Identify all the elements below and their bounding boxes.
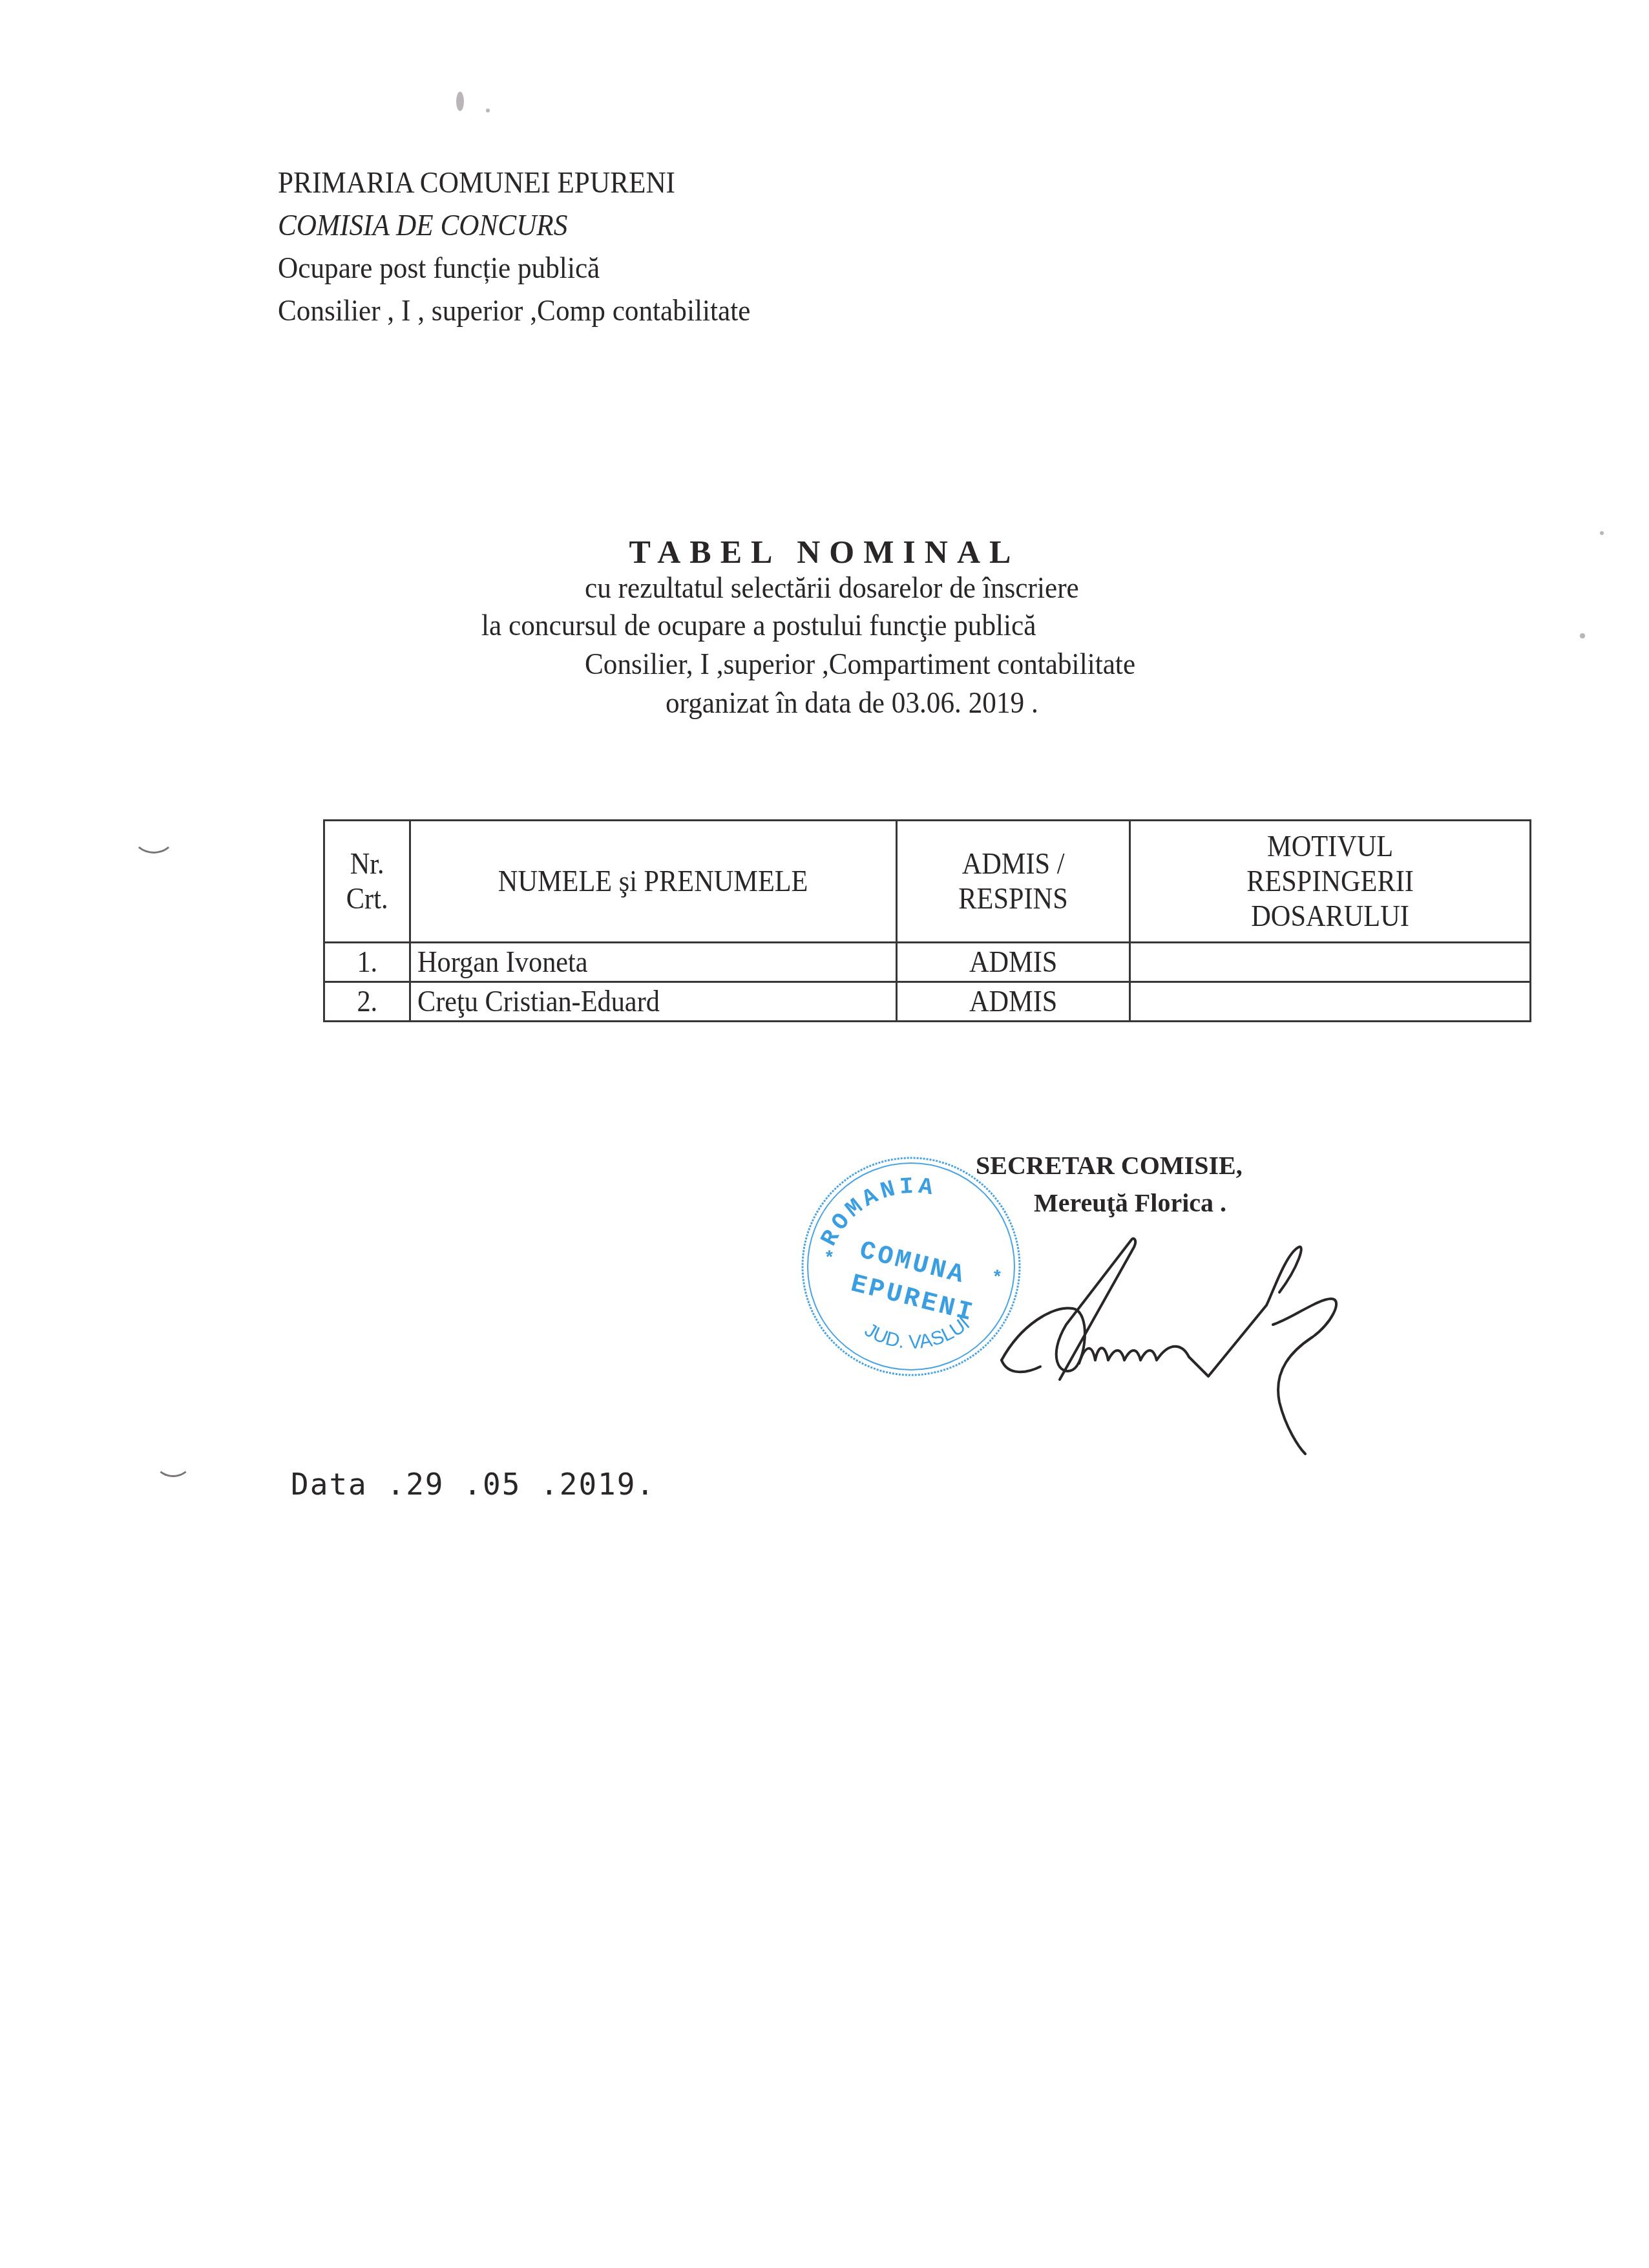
row-reason [1130,982,1531,1022]
commission-name: COMISIA DE CONCURS [278,204,750,247]
row-status: ADMIS [896,943,1129,982]
header-status: ADMIS / RESPINS [896,821,1129,943]
document-title: TABEL NOMINAL [0,533,1649,571]
row-name: Horgan Ivoneta [410,943,896,982]
scan-mark [486,109,490,112]
row-nr: 1. [324,943,410,982]
scan-mark [132,817,175,854]
svg-text:JUD. VASLUI: JUD. VASLUI [861,1313,974,1353]
svg-text:ROMANIA: ROMANIA [815,1173,938,1250]
document-date: Data .29 .05 .2019. [291,1467,655,1502]
subtitle-line-3: Consilier, I ,superior ,Compartiment con… [585,646,1135,682]
position-line: Consilier , I , superior ,Comp contabili… [278,289,750,332]
table-row: 1. Horgan Ivoneta ADMIS [324,943,1531,982]
header-nr: Nr. Crt. [324,821,410,943]
table-header-row: Nr. Crt. NUMELE şi PRENUMELE ADMIS / RES… [324,821,1531,943]
subtitle-line-1: cu rezultatul selectării dosarelor de în… [585,570,1079,606]
header-reason: MOTIVUL RESPINGERII DOSARULUI [1130,821,1531,943]
institution-name: PRIMARIA COMUNEI EPURENI [278,162,750,204]
document-header: PRIMARIA COMUNEI EPURENI COMISIA DE CONC… [278,162,750,332]
row-reason [1130,943,1531,982]
header-name: NUMELE şi PRENUMELE [410,821,896,943]
signatory-role: SECRETAR COMISIE, [976,1150,1243,1181]
row-name: Creţu Cristian-Eduard [410,982,896,1022]
row-nr: 2. [324,982,410,1022]
stamp-top-text: ROMANIA [815,1173,938,1250]
signatory-name: Mereuţă Florica . [1034,1188,1226,1218]
stamp-bottom-text: JUD. VASLUI [861,1313,974,1353]
scan-mark [456,92,464,111]
table-row: 2. Creţu Cristian-Eduard ADMIS [324,982,1531,1022]
subtitle-line-2: la concursul de ocupare a postului funcţ… [481,607,1036,644]
row-status: ADMIS [896,982,1129,1022]
handwritten-signature-icon [995,1228,1383,1460]
scan-mark [1580,633,1585,638]
stamp-star-left: * [824,1249,835,1269]
scan-mark [155,1447,191,1477]
results-table: Nr. Crt. NUMELE şi PRENUMELE ADMIS / RES… [323,819,1531,1022]
subtitle-line-4: organizat în data de 03.06. 2019 . [666,685,1038,721]
results-table-container: Nr. Crt. NUMELE şi PRENUMELE ADMIS / RES… [323,819,1531,1022]
purpose-line: Ocupare post funcție publică [278,247,750,289]
